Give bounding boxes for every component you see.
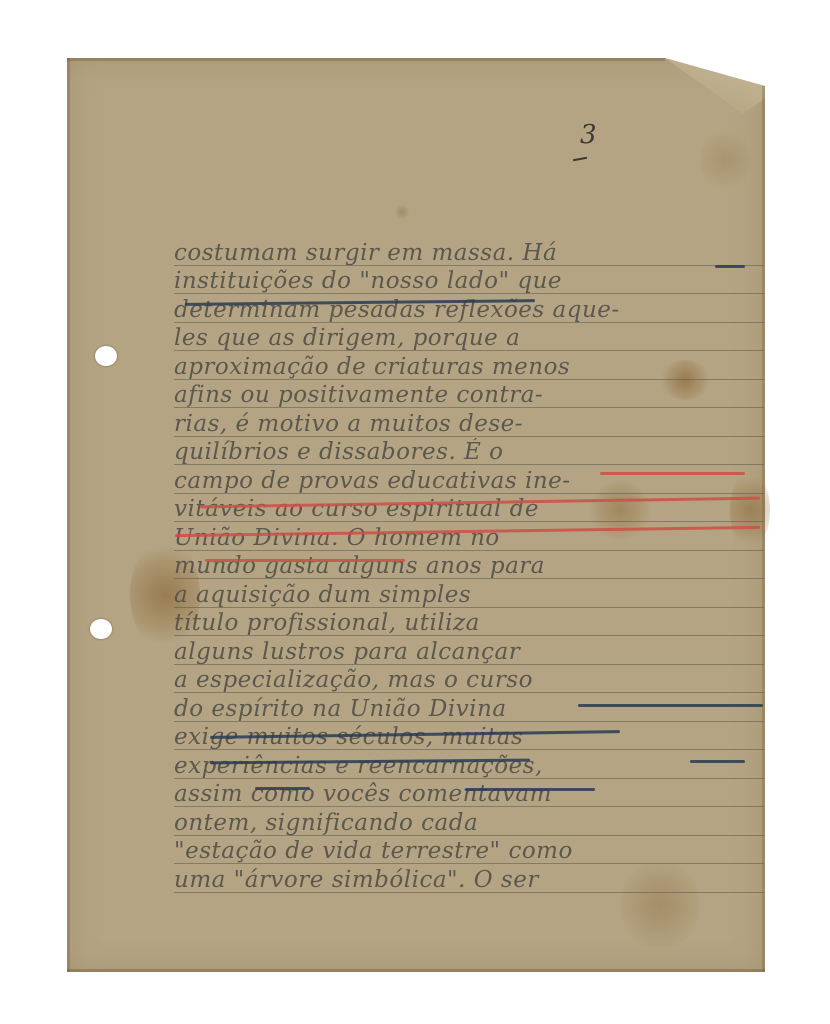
text-line: título profissional, utiliza xyxy=(174,610,762,636)
spot xyxy=(395,205,409,219)
text-line: mundo gasta alguns anos para xyxy=(174,553,762,579)
red-underline xyxy=(600,472,745,475)
text-line: rias, é motivo a muitos dese- xyxy=(174,411,762,437)
text-line: costumam surgir em massa. Há xyxy=(174,240,762,266)
text-line: a especialização, mas o curso xyxy=(174,667,762,693)
text-line: a aquisição dum simples xyxy=(174,582,762,608)
text-line: aproximação de criaturas menos xyxy=(174,354,762,380)
page-edge-bottom xyxy=(67,969,765,972)
text-line: do espírito na União Divina xyxy=(174,696,762,722)
water-stain xyxy=(700,130,750,190)
page-number: 3 xyxy=(580,120,597,150)
blue-underline xyxy=(255,787,310,790)
blue-underline xyxy=(578,704,763,707)
text-line: alguns lustros para alcançar xyxy=(174,639,762,665)
blue-underline xyxy=(465,788,595,791)
text-line: instituições do "nosso lado" que xyxy=(174,268,762,294)
page-edge-top xyxy=(67,58,665,61)
text-line: "estação de vida terrestre" como xyxy=(174,838,762,864)
punch-hole xyxy=(95,346,117,366)
blue-overline xyxy=(715,265,745,268)
text-line: ontem, significando cada xyxy=(174,810,762,836)
text-line: experiências e reencarnações, xyxy=(174,753,762,779)
page-edge-left xyxy=(67,58,70,972)
text-line: quilíbrios e dissabores. É o xyxy=(174,439,762,465)
text-line: uma "árvore simbólica". O ser xyxy=(174,867,762,893)
text-line: assim como vocês comentavam xyxy=(174,781,762,807)
red-underline xyxy=(205,559,405,562)
blue-underline xyxy=(690,760,745,763)
text-line: afins ou positivamente contra- xyxy=(174,382,762,408)
text-line: les que as dirigem, porque a xyxy=(174,325,762,351)
punch-hole xyxy=(90,619,112,639)
